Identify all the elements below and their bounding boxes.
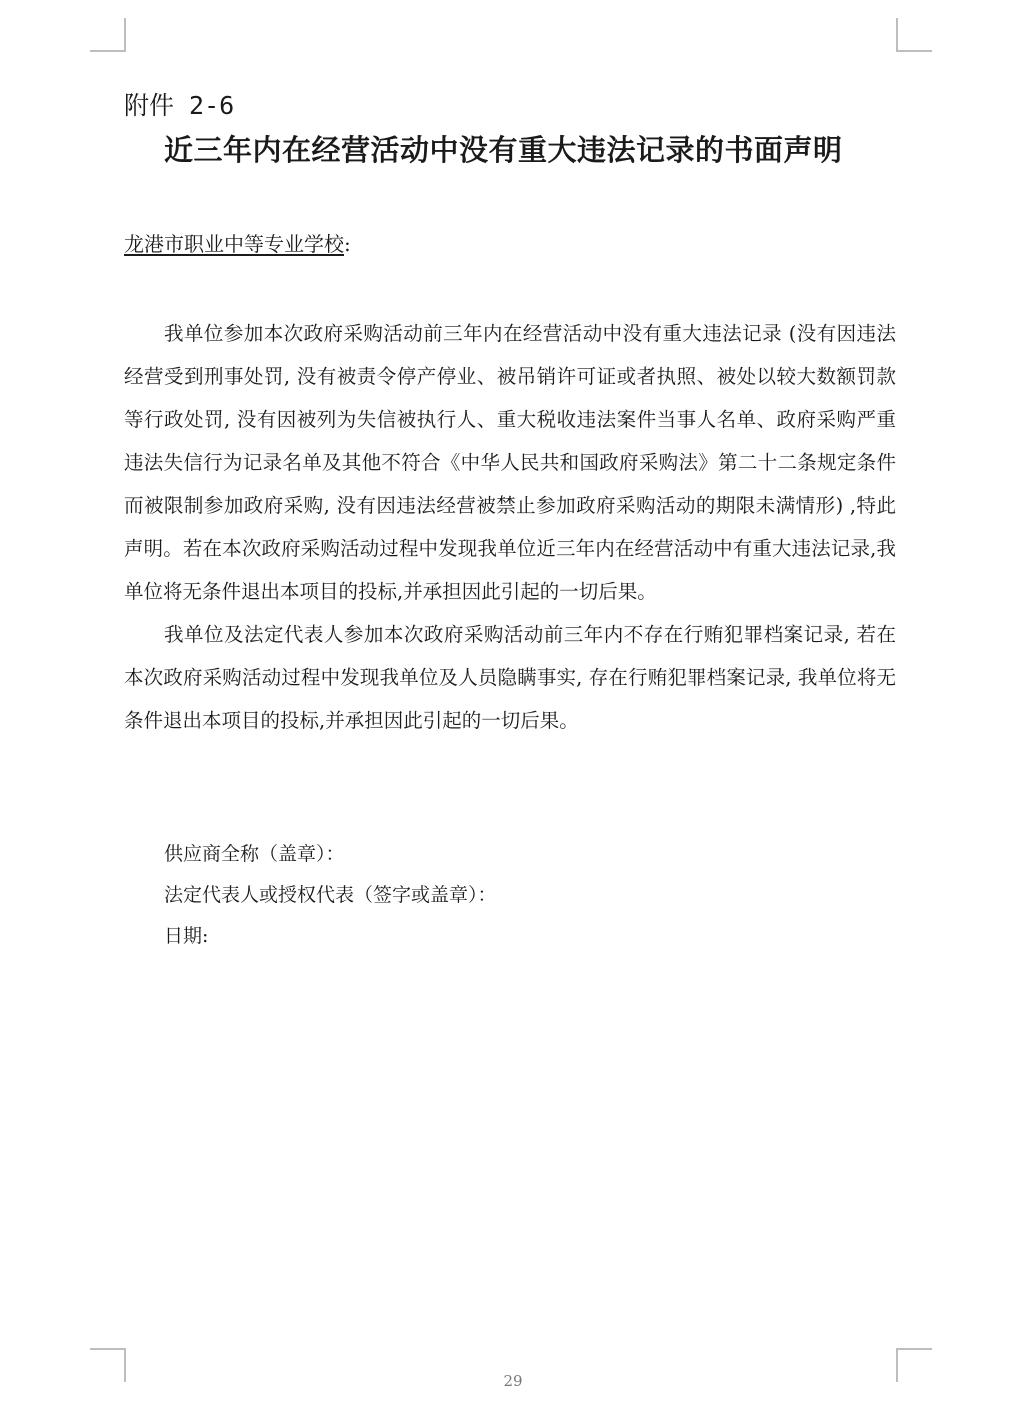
page-number: 29 bbox=[0, 1372, 1026, 1390]
paragraph: 我单位参加本次政府采购活动前三年内在经营活动中没有重大违法记录 (没有因违法经营… bbox=[124, 312, 896, 613]
representative-label: 法定代表人或授权代表（签字或盖章）： bbox=[164, 875, 497, 916]
paragraph: 我单位及法定代表人参加本次政府采购活动前三年内不存在行贿犯罪档案记录, 若在本次… bbox=[124, 613, 896, 742]
signature-block: 供应商全称（盖章）： 法定代表人或授权代表（签字或盖章）： 日期: bbox=[164, 834, 497, 957]
attachment-label: 附件 2-6 bbox=[124, 86, 234, 122]
crop-mark-top-left bbox=[90, 18, 126, 52]
addressee-name: 龙港市职业中等专业学校 bbox=[124, 232, 344, 256]
addressee-suffix: : bbox=[344, 232, 351, 256]
document-title: 近三年内在经营活动中没有重大违法记录的书面声明 bbox=[164, 128, 843, 169]
declaration-body: 我单位参加本次政府采购活动前三年内在经营活动中没有重大违法记录 (没有因违法经营… bbox=[124, 312, 896, 742]
addressee: 龙港市职业中等专业学校: bbox=[124, 228, 351, 257]
supplier-label: 供应商全称（盖章）： bbox=[164, 834, 497, 875]
date-label: 日期: bbox=[164, 916, 497, 957]
crop-mark-top-right bbox=[896, 18, 932, 52]
